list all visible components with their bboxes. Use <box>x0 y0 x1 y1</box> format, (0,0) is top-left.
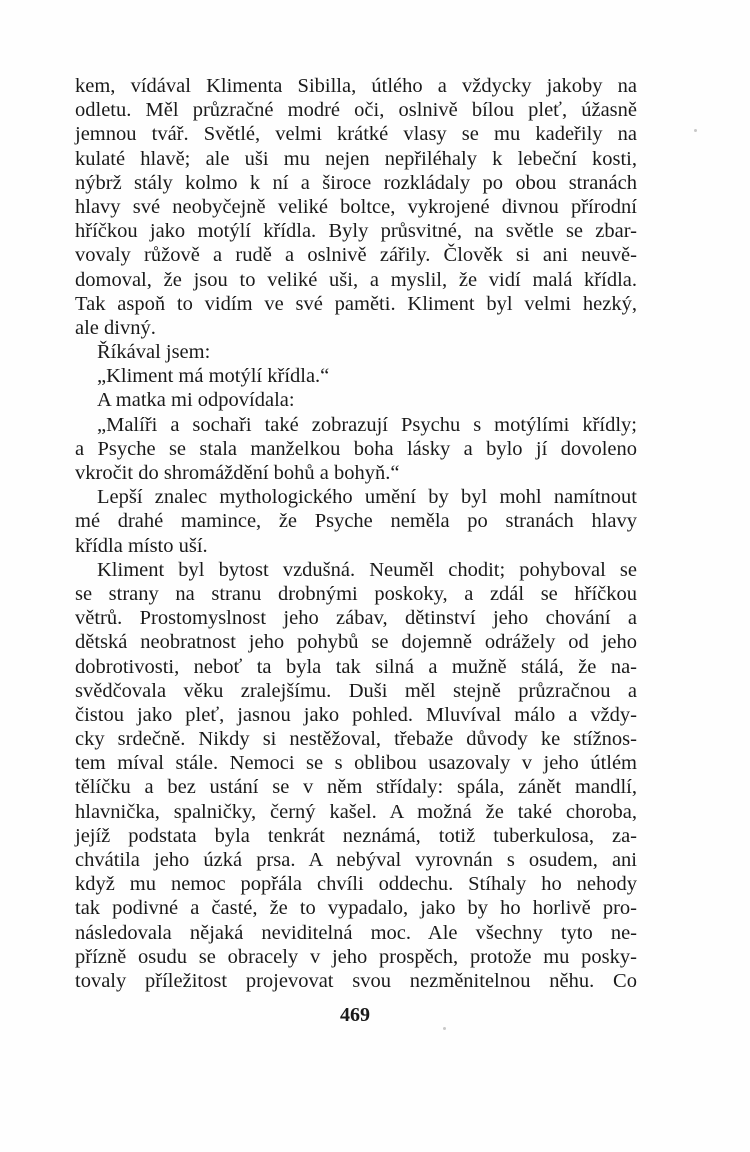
text-line: tovaly příležitost projevovat svou nezmě… <box>75 969 637 993</box>
text-line: tělíčku a bez ustání se v něm střídaly: … <box>75 775 637 799</box>
paragraph-first-line: A matka mi odpovídala: <box>75 388 637 412</box>
paragraph-first-line: „Kliment má motýlí křídla.“ <box>75 364 637 388</box>
text-line: kem, vídával Klimenta Sibilla, útlého a … <box>75 74 637 98</box>
book-page: kem, vídával Klimenta Sibilla, útlého a … <box>0 0 750 1152</box>
text-line: vovaly růžově a rudě a oslnivě zářily. Č… <box>75 243 637 267</box>
text-line: když mu nemoc popřála chvíli oddechu. St… <box>75 872 637 896</box>
text-line: hlavnička, spalničky, černý kašel. A mož… <box>75 800 637 824</box>
text-line: dobrotivosti, neboť ta byla tak silná a … <box>75 655 637 679</box>
text-line: ale divný. <box>75 316 637 340</box>
body-text: kem, vídával Klimenta Sibilla, útlého a … <box>75 74 637 993</box>
text-line: přízně osudu se obracely v jeho prospěch… <box>75 945 637 969</box>
text-line: čistou jako pleť, jasnou jako pohled. Ml… <box>75 703 637 727</box>
text-line: domoval, že jsou to veliké uši, a myslil… <box>75 268 637 292</box>
paragraph-first-line: Kliment byl bytost vzdušná. Neuměl chodi… <box>75 558 637 582</box>
text-line: se strany na stranu drobnými poskoky, a … <box>75 582 637 606</box>
text-line: hlavy své neobyčejně veliké boltce, vykr… <box>75 195 637 219</box>
text-line: větrů. Prostomyslnost jeho zábav, dětins… <box>75 606 637 630</box>
text-line: odletu. Měl průzračné modré oči, oslnivě… <box>75 98 637 122</box>
text-line: kulaté hlavě; ale uši mu nejen nepřiléha… <box>75 147 637 171</box>
text-line: a Psyche se stala manželkou boha lásky a… <box>75 437 637 461</box>
paragraph-first-line: Lepší znalec mythologického umění by byl… <box>75 485 637 509</box>
paragraph-first-line: Říkával jsem: <box>75 340 637 364</box>
text-line: následovala nějaká neviditelná moc. Ale … <box>75 921 637 945</box>
text-line: jejíž podstata byla tenkrát neznámá, tot… <box>75 824 637 848</box>
scan-speck <box>443 1027 446 1030</box>
text-line: chvátila jeho úzká prsa. A nebýval vyrov… <box>75 848 637 872</box>
text-line: cky srdečně. Nikdy si nestěžoval, třebaž… <box>75 727 637 751</box>
text-line: dětská neobratnost jeho pohybů se dojemn… <box>75 630 637 654</box>
text-line: Tak aspoň to vidím ve své paměti. Klimen… <box>75 292 637 316</box>
text-line: mé drahé mamince, že Psyche neměla po st… <box>75 509 637 533</box>
text-line: hříčkou jako motýlí křídla. Byly průsvit… <box>75 219 637 243</box>
text-line: nýbrž stály kolmo k ní a široce rozkláda… <box>75 171 637 195</box>
text-line: jemnou tvář. Světlé, velmi krátké vlasy … <box>75 122 637 146</box>
text-line: svědčovala věku zralejšímu. Duši měl ste… <box>75 679 637 703</box>
scan-speck <box>694 129 697 132</box>
text-line: vkročit do shromáždění bohů a bohyň.“ <box>75 461 637 485</box>
text-line: tem míval stále. Nemoci se s oblibou usa… <box>75 751 637 775</box>
text-line: křídla místo uší. <box>75 534 637 558</box>
paragraph-first-line: „Malíři a sochaři také zobrazují Psychu … <box>75 413 637 437</box>
text-line: tak podivné a časté, že to vypadalo, jak… <box>75 896 637 920</box>
page-number: 469 <box>0 1004 710 1027</box>
